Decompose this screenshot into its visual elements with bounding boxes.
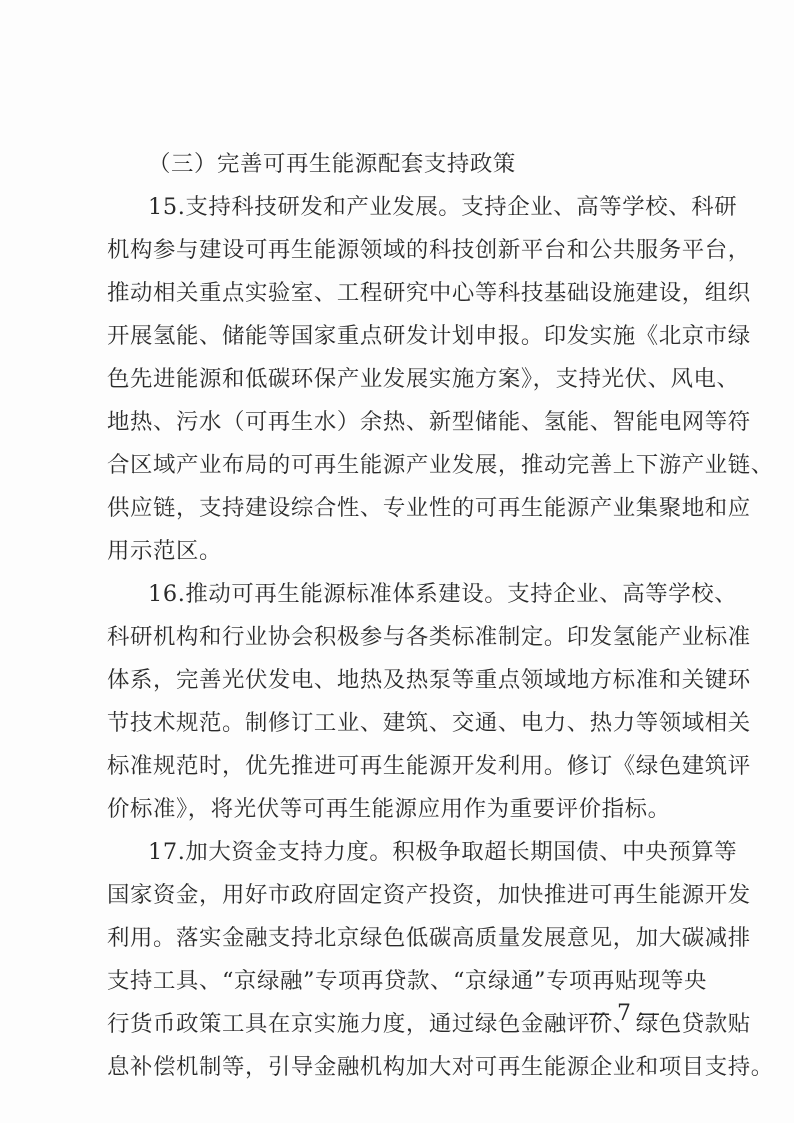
paragraph-17-line: 17.加大资金支持力度。积极争取超长期国债、中央预算等 (148, 838, 748, 866)
paragraph-17-line: 支持工具、“京绿融”专项再贷款、“京绿通”专项再贴现等央 (107, 967, 707, 995)
page-number: — 7 — (588, 1000, 660, 1028)
paragraph-16-line: 标准规范时，优先推进可再生能源开发利用。修订《绿色建筑评 (107, 752, 707, 780)
paragraph-15-line: 15.支持科技研发和产业发展。支持企业、高等学校、科研 (148, 193, 748, 221)
paragraph-16-line: 价标准》，将光伏等可再生能源应用作为重要评价指标。 (107, 795, 707, 823)
document-page: （三）完善可再生能源配套支持政策 15.支持科技研发和产业发展。支持企业、高等学… (0, 0, 794, 1123)
paragraph-15-line: 用示范区。 (107, 537, 707, 565)
paragraph-17-line: 息补偿机制等，引导金融机构加大对可再生能源企业和项目支持。 (107, 1053, 707, 1081)
paragraph-16-line: 节技术规范。制修订工业、建筑、交通、电力、热力等领域相关 (107, 709, 707, 737)
paragraph-15-line: 地热、污水（可再生水）余热、新型储能、氢能、智能电网等符 (107, 408, 707, 436)
section-heading: （三）完善可再生能源配套支持政策 (148, 150, 748, 178)
paragraph-15-line: 合区域产业布局的可再生能源产业发展，推动完善上下游产业链、 (107, 451, 707, 479)
paragraph-17-line: 利用。落实金融支持北京绿色低碳高质量发展意见，加大碳减排 (107, 924, 707, 952)
paragraph-15-line: 供应链，支持建设综合性、专业性的可再生能源产业集聚地和应 (107, 494, 707, 522)
paragraph-15-line: 色先进能源和低碳环保产业发展实施方案》，支持光伏、风电、 (107, 365, 707, 393)
paragraph-15-line: 推动相关重点实验室、工程研究中心等科技基础设施建设，组织 (107, 279, 707, 307)
paragraph-15-line: 机构参与建设可再生能源领域的科技创新平台和公共服务平台， (107, 236, 707, 264)
paragraph-16-line: 科研机构和行业协会积极参与各类标准制定。印发氢能产业标准 (107, 623, 707, 651)
paragraph-16-line: 16.推动可再生能源标准体系建设。支持企业、高等学校、 (148, 580, 748, 608)
paragraph-17-line: 国家资金，用好市政府固定资产投资，加快推进可再生能源开发 (107, 881, 707, 909)
paragraph-16-line: 体系，完善光伏发电、地热及热泵等重点领域地方标准和关键环 (107, 666, 707, 694)
paragraph-15-line: 开展氢能、储能等国家重点研发计划申报。印发实施《北京市绿 (107, 322, 707, 350)
